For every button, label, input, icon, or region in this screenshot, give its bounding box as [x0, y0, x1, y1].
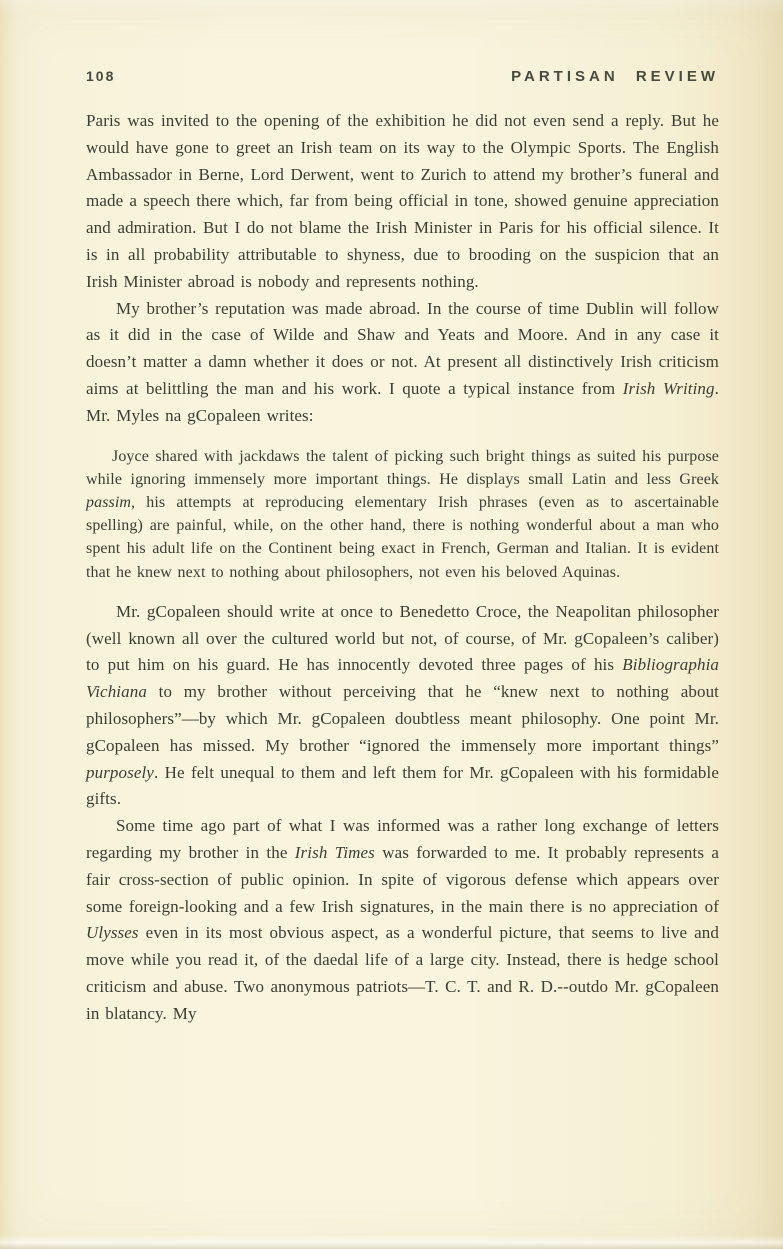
scanned-page: 108 PARTISAN REVIEW Paris was invited to… — [0, 0, 783, 1249]
block-quote: Joyce shared with jackdaws the talent of… — [86, 445, 719, 584]
italic-newspaper-title: Irish Times — [295, 843, 375, 862]
text-block: Paris was invited to the opening of the … — [86, 108, 719, 1028]
paragraph: Mr. gCopaleen should write at once to Be… — [86, 599, 719, 813]
paragraph: My brother’s reputation was made abroad.… — [86, 296, 719, 430]
paragraph-text: even in its most obvious aspect, as a wo… — [86, 923, 719, 1022]
italic-book-title: Ulysses — [86, 923, 139, 942]
paragraph-continuation: Paris was invited to the opening of the … — [86, 108, 719, 296]
paragraph-text: Paris was invited to the opening of the … — [86, 111, 719, 291]
page-header: 108 PARTISAN REVIEW — [86, 68, 719, 85]
italic-journal-title: Irish Writing — [623, 379, 715, 398]
italic-emphasis: purposely — [86, 763, 154, 782]
quote-text: his attempts at reproducing elementary I… — [86, 494, 719, 581]
page-number: 108 — [86, 68, 115, 84]
italic-latin-word: passim, — [86, 494, 135, 511]
paragraph: Some time ago part of what I was informe… — [86, 813, 719, 1027]
paragraph-text: to my brother without perceiving that he… — [86, 682, 719, 755]
quote-text: Joyce shared with jackdaws the talent of… — [86, 448, 719, 488]
journal-title: PARTISAN REVIEW — [511, 68, 719, 85]
paragraph-text: . He felt unequal to them and left them … — [86, 763, 719, 809]
